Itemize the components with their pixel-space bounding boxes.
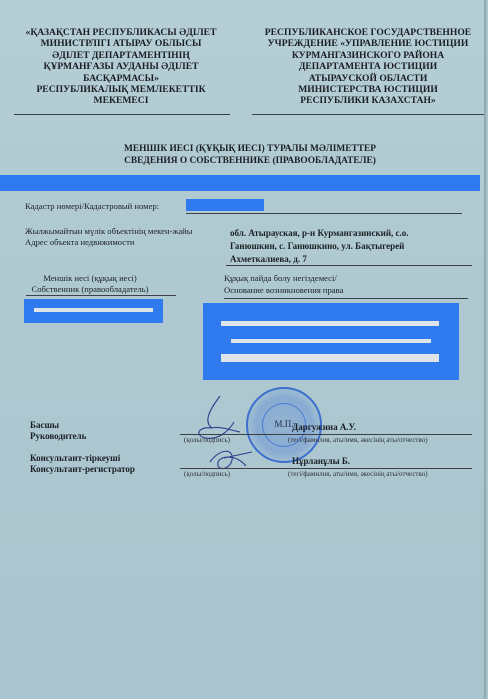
basis-label-kz: Құқық пайда болу негіздемесі/ — [224, 273, 337, 284]
document-title: МЕНШІК ИЕСІ (ҚҰҚЫҚ ИЕСІ) ТУРАЛЫ МӘЛІМЕТТ… — [60, 143, 440, 167]
header-right-line: УЧРЕЖДЕНИЕ «УПРАВЛЕНИЕ ЮСТИЦИИ — [252, 38, 484, 49]
basis-redaction — [203, 303, 459, 380]
address-value-line: обл. Атырауская, р-н Курмангазинский, с.… — [230, 227, 409, 239]
header-left-line: МЕКЕМЕСІ — [10, 95, 232, 106]
header-left-line: ҚҰРМАНҒАЗЫ АУДАНЫ ӘДІЛЕТ — [10, 61, 232, 72]
header-right-line: ДЕПАРТАМЕНТА ЮСТИЦИИ — [252, 61, 484, 72]
header-right-line: МИНИСТЕРСТВА ЮСТИЦИИ — [252, 84, 484, 95]
header-left-line: РЕСПУБЛИКАЛЫҚ МЕМЛЕКЕТТІК — [10, 84, 232, 95]
basis-rule — [224, 298, 468, 299]
title-kz: МЕНШІК ИЕСІ (ҚҰҚЫҚ ИЕСІ) ТУРАЛЫ МӘЛІМЕТТ… — [60, 143, 440, 155]
owner-redaction — [24, 299, 163, 323]
header-right-line: АТЫРАУСКОЙ ОБЛАСТИ — [252, 73, 484, 84]
owner-rule — [26, 295, 176, 296]
header-right-ru: РЕСПУБЛИКАНСКОЕ ГОСУДАРСТВЕННОЕ УЧРЕЖДЕН… — [252, 27, 484, 107]
redaction-residue — [221, 354, 439, 362]
cadastre-label: Кадастр нөмері/Кадастровый номер: — [25, 201, 159, 212]
owner-label-ru: Собственник (правообладатель) — [0, 284, 180, 295]
signature-role-kz: Консультант-тіркеуші — [30, 453, 120, 465]
header-right-line: КУРМАНГАЗИНСКОГО РАЙОНА — [252, 50, 484, 61]
signature-rule — [180, 434, 472, 435]
signatory-name: Даргужина А.У. — [292, 422, 356, 434]
redaction-residue — [34, 308, 153, 312]
header-left-line: ӘДІЛЕТ ДЕПАРТАМЕНТІНІҢ — [10, 50, 232, 61]
header-left-line: «ҚАЗАҚСТАН РЕСПУБЛИКАСЫ ӘДІЛЕТ — [10, 27, 232, 38]
header-left-line: БАСҚАРМАСЫ» — [10, 73, 232, 84]
basis-label-ru: Основание возникновения права — [224, 285, 343, 296]
cadastre-redaction — [186, 199, 264, 211]
signatory-name: Нұрланұлы Б. — [292, 456, 350, 468]
header-left-line: МИНИСТРЛІГІ АТЫРАУ ОБЛЫСЫ — [10, 38, 232, 49]
header-left-kz: «ҚАЗАҚСТАН РЕСПУБЛИКАСЫ ӘДІЛЕТ МИНИСТРЛІ… — [10, 27, 232, 107]
document-page: «ҚАЗАҚСТАН РЕСПУБЛИКАСЫ ӘДІЛЕТ МИНИСТРЛІ… — [0, 0, 486, 699]
owner-label-kz: Меншік иесі (құқық иесі) — [0, 273, 180, 284]
signature-hint: (қолы/подпись) — [184, 436, 230, 444]
header-right-rule — [252, 114, 484, 115]
signature-rule — [180, 468, 472, 469]
address-label-ru: Адрес объекта недвижимости — [25, 237, 134, 248]
address-rule — [226, 265, 472, 266]
redaction-residue — [221, 321, 439, 326]
signature-role-ru: Руководитель — [30, 431, 86, 443]
address-value-line: Ганюшкин, с. Ганюшкино, ул. Бақтыгерей — [230, 240, 404, 252]
address-label-kz: Жылжымайтын мүлік объектінің мекен-жайы — [25, 226, 193, 237]
name-hint: (тегі/фамилия, аты/имя, әкесінің аты/отч… — [288, 470, 428, 478]
name-hint: (тегі/фамилия, аты/имя, әкесінің аты/отч… — [288, 436, 428, 444]
signature-role-kz: Басшы — [30, 420, 59, 432]
redaction-bar — [0, 175, 480, 191]
signature-hint: (қолы/подпись) — [184, 470, 230, 478]
signature-role-ru: Консультант-регистратор — [30, 464, 135, 476]
header-left-rule — [14, 114, 230, 115]
address-value-line: Ахметкалиева, д. 7 — [230, 253, 307, 265]
redaction-residue — [231, 339, 431, 343]
title-ru: СВЕДЕНИЯ О СОБСТВЕННИКЕ (ПРАВООБЛАДАТЕЛЕ… — [60, 155, 440, 167]
header-right-line: РЕСПУБЛИКАНСКОЕ ГОСУДАРСТВЕННОЕ — [252, 27, 484, 38]
cadastre-rule — [186, 213, 462, 214]
header-right-line: РЕСПУБЛИКИ КАЗАХСТАН» — [252, 95, 484, 106]
